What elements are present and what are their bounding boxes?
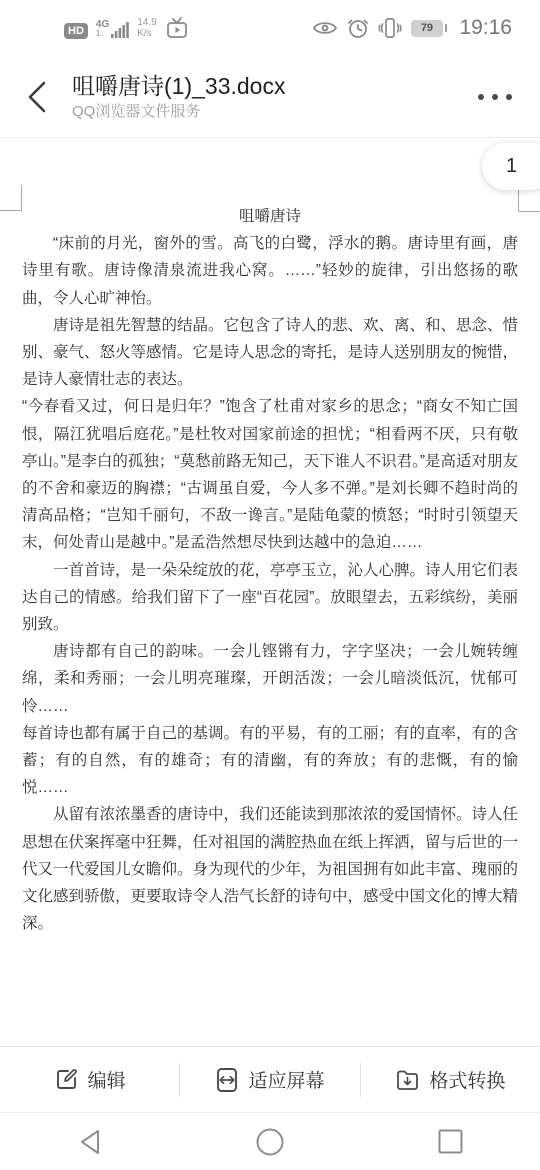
doc-paragraph: 唐诗都有自己的韵味。一会儿铿锵有力，字字坚决；一会儿婉转缠绵，柔和秀丽；一会儿明… xyxy=(22,638,518,720)
app-header: 咀嚼唐诗(1)_33.docx QQ浏览器文件服务 xyxy=(0,56,540,138)
document-content: 咀嚼唐诗 “床前的月光，窗外的雪。高飞的白鹭，浮水的鹅。唐诗里有画，唐诗里有歌。… xyxy=(22,203,518,937)
battery-icon: 79 xyxy=(411,20,448,37)
vibrate-icon xyxy=(378,17,402,39)
status-left-group: HD 4G 1↓ 14.9 K/s xyxy=(64,17,189,39)
nav-recents-button[interactable] xyxy=(360,1113,540,1170)
convert-download-icon xyxy=(395,1068,420,1092)
fit-screen-label: 适应屏幕 xyxy=(248,1066,324,1093)
more-menu-button[interactable] xyxy=(474,84,516,110)
signal-bars-icon xyxy=(111,21,129,39)
nav-home-button[interactable] xyxy=(180,1113,360,1170)
fit-screen-button[interactable]: 适应屏幕 xyxy=(180,1047,359,1112)
nav-home-circle-icon xyxy=(255,1127,285,1157)
page-corner-mark-right xyxy=(518,188,540,212)
signal-strength-icon: 4G 1↓ xyxy=(96,20,129,39)
doc-paragraph: “床前的月光，窗外的雪。高飞的白鹭，浮水的鹅。唐诗里有画，唐诗里有歌。唐诗像清泉… xyxy=(22,230,518,312)
header-text-block: 咀嚼唐诗(1)_33.docx QQ浏览器文件服务 xyxy=(72,72,474,122)
sim-label: 1↓ xyxy=(96,29,104,39)
format-convert-button[interactable]: 格式转换 xyxy=(361,1047,540,1112)
document-viewport[interactable]: 1 咀嚼唐诗 “床前的月光，窗外的雪。高飞的白鹭，浮水的鹅。唐诗里有画，唐诗里有… xyxy=(0,139,540,1046)
back-chevron-icon xyxy=(24,77,50,117)
nav-back-triangle-icon xyxy=(77,1128,103,1156)
format-convert-label: 格式转换 xyxy=(429,1066,505,1093)
doc-paragraph: 一首首诗，是一朵朵绽放的花，亭亭玉立，沁人心脾。诗人用它们表达自己的情感。给我们… xyxy=(22,557,518,639)
status-right-group: 79 19:16 xyxy=(312,16,512,40)
doc-paragraph: “今春看又过，何日是归年？”饱含了杜甫对家乡的思念；“商女不知亡国恨，隔江犹唱后… xyxy=(22,393,518,556)
doc-paragraph: 唐诗是祖先智慧的结晶。它包含了诗人的悲、欢、离、和、思念、惜别、豪气、怒火等感情… xyxy=(22,312,518,394)
doc-paragraph: 从留有浓浓墨香的唐诗中，我们还能读到那浓浓的爱国情怀。诗人任思想在伏案挥毫中狂舞… xyxy=(22,801,518,937)
dot-icon xyxy=(492,94,498,100)
edit-label: 编辑 xyxy=(88,1066,126,1093)
doc-paragraph: 每首诗也都有属于自己的基调。有的平易，有的工丽；有的直率，有的含蓄；有的自然，有… xyxy=(22,720,518,802)
edit-pencil-icon xyxy=(54,1067,79,1092)
page-number-indicator[interactable]: 1 xyxy=(482,143,540,190)
fit-screen-icon xyxy=(215,1067,239,1093)
alarm-icon xyxy=(347,17,369,39)
battery-percent: 79 xyxy=(421,22,433,34)
android-nav-bar xyxy=(0,1112,540,1170)
page-number: 1 xyxy=(506,155,517,178)
file-title: 咀嚼唐诗(1)_33.docx xyxy=(72,72,474,100)
phone-screen: { "status_bar": { "hd_label": "HD", "net… xyxy=(0,0,540,1170)
eye-comfort-icon xyxy=(312,18,338,38)
status-time: 19:16 xyxy=(459,16,512,40)
nav-recents-square-icon xyxy=(437,1128,464,1155)
tv-app-icon xyxy=(165,17,189,39)
doc-title: 咀嚼唐诗 xyxy=(22,203,518,230)
volte-hd-icon: HD xyxy=(64,23,88,39)
dot-icon xyxy=(506,94,512,100)
status-bar: HD 4G 1↓ 14.9 K/s xyxy=(0,0,540,56)
dot-icon xyxy=(478,94,484,100)
back-button[interactable] xyxy=(24,73,64,121)
network-type-label: 4G xyxy=(96,20,109,29)
file-source-subtitle: QQ浏览器文件服务 xyxy=(72,102,474,122)
network-speed: 14.9 K/s xyxy=(137,17,156,39)
page-corner-mark-left xyxy=(0,185,22,211)
nav-back-button[interactable] xyxy=(0,1113,180,1170)
edit-button[interactable]: 编辑 xyxy=(0,1047,179,1112)
bottom-toolbar: 编辑 适应屏幕 格式转换 xyxy=(0,1046,540,1112)
